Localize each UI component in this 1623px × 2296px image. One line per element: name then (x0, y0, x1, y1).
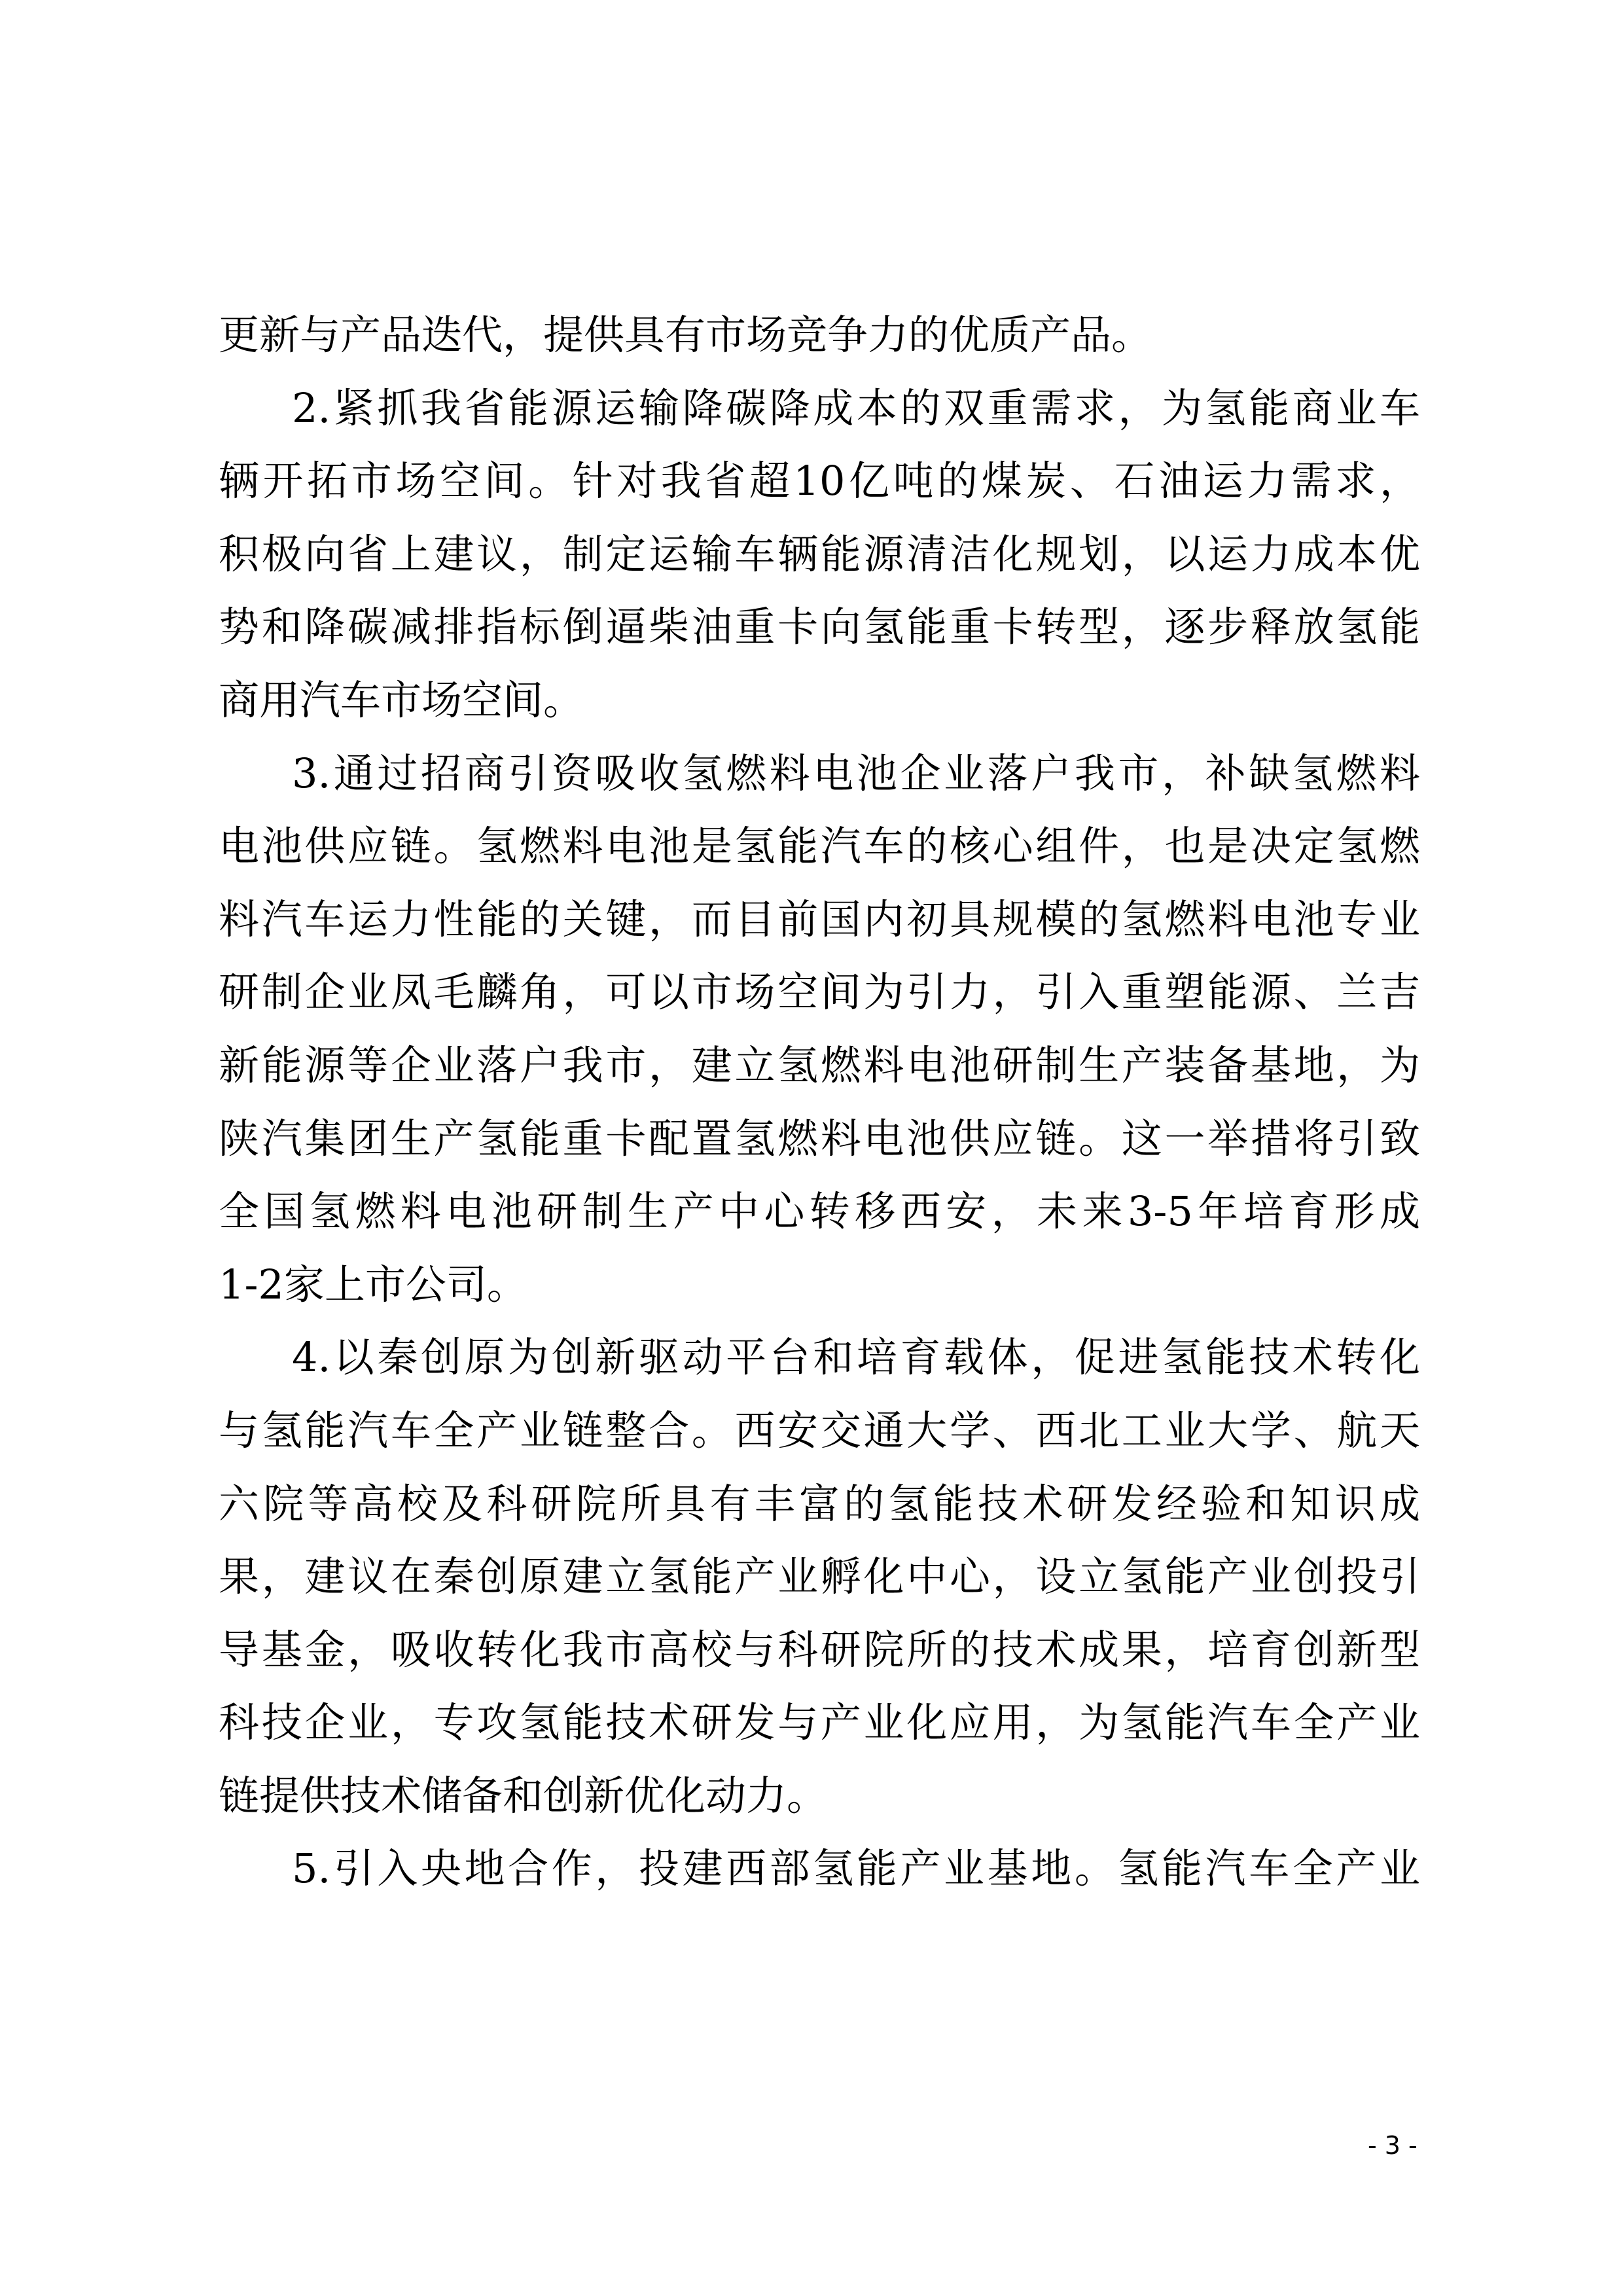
text-line: 商用汽车市场空间。 (219, 664, 1420, 737)
text-line: 导基金，吸收转化我市高校与科研院所的技术成果，培育创新型 (219, 1613, 1420, 1687)
text-line: 1-2家上市公司。 (219, 1248, 1420, 1321)
paragraph-5-heading-line: 5.引入央地合作，投建西部氢能产业基地。氢能汽车全产业 (219, 1832, 1420, 1905)
text-line: 新能源等企业落户我市，建立氢燃料电池研制生产装备基地，为 (219, 1029, 1420, 1102)
text-line: 全国氢燃料电池研制生产中心转移西安，未来3-5年培育形成 (219, 1175, 1420, 1248)
text-line: 果，建议在秦创原建立氢能产业孵化中心，设立氢能产业创投引 (219, 1540, 1420, 1613)
text-line: 陕汽集团生产氢能重卡配置氢燃料电池供应链。这一举措将引致 (219, 1102, 1420, 1175)
body-text: 更新与产品迭代，提供具有市场竞争力的优质产品。 2.紧抓我省能源运输降碳降成本的… (219, 298, 1420, 1905)
text-line: 研制企业凤毛麟角，可以市场空间为引力，引入重塑能源、兰吉 (219, 956, 1420, 1029)
document-page: 更新与产品迭代，提供具有市场竞争力的优质产品。 2.紧抓我省能源运输降碳降成本的… (0, 0, 1623, 2296)
text-line: 六院等高校及科研院所具有丰富的氢能技术研发经验和知识成 (219, 1467, 1420, 1541)
paragraph-4-heading-line: 4.以秦创原为创新驱动平台和培育载体，促进氢能技术转化 (219, 1321, 1420, 1394)
text-line: 链提供技术储备和创新优化动力。 (219, 1759, 1420, 1833)
text-line: 料汽车运力性能的关键，而目前国内初具规模的氢燃料电池专业 (219, 883, 1420, 956)
text-line: 科技企业，专攻氢能技术研发与产业化应用，为氢能汽车全产业 (219, 1686, 1420, 1759)
text-line: 电池供应链。氢燃料电池是氢能汽车的核心组件，也是决定氢燃 (219, 810, 1420, 883)
text-line: 辆开拓市场空间。针对我省超10亿吨的煤炭、石油运力需求， (219, 444, 1420, 518)
text-line: 更新与产品迭代，提供具有市场竞争力的优质产品。 (219, 298, 1420, 372)
page-number: - 3 - (1368, 2131, 1418, 2160)
text-line: 与氢能汽车全产业链整合。西安交通大学、西北工业大学、航天 (219, 1394, 1420, 1467)
paragraph-2-heading-line: 2.紧抓我省能源运输降碳降成本的双重需求，为氢能商业车 (219, 372, 1420, 445)
text-line: 势和降碳减排指标倒逼柴油重卡向氢能重卡转型，逐步释放氢能 (219, 590, 1420, 664)
paragraph-3-heading-line: 3.通过招商引资吸收氢燃料电池企业落户我市，补缺氢燃料 (219, 737, 1420, 810)
text-line: 积极向省上建议，制定运输车辆能源清洁化规划，以运力成本优 (219, 518, 1420, 591)
